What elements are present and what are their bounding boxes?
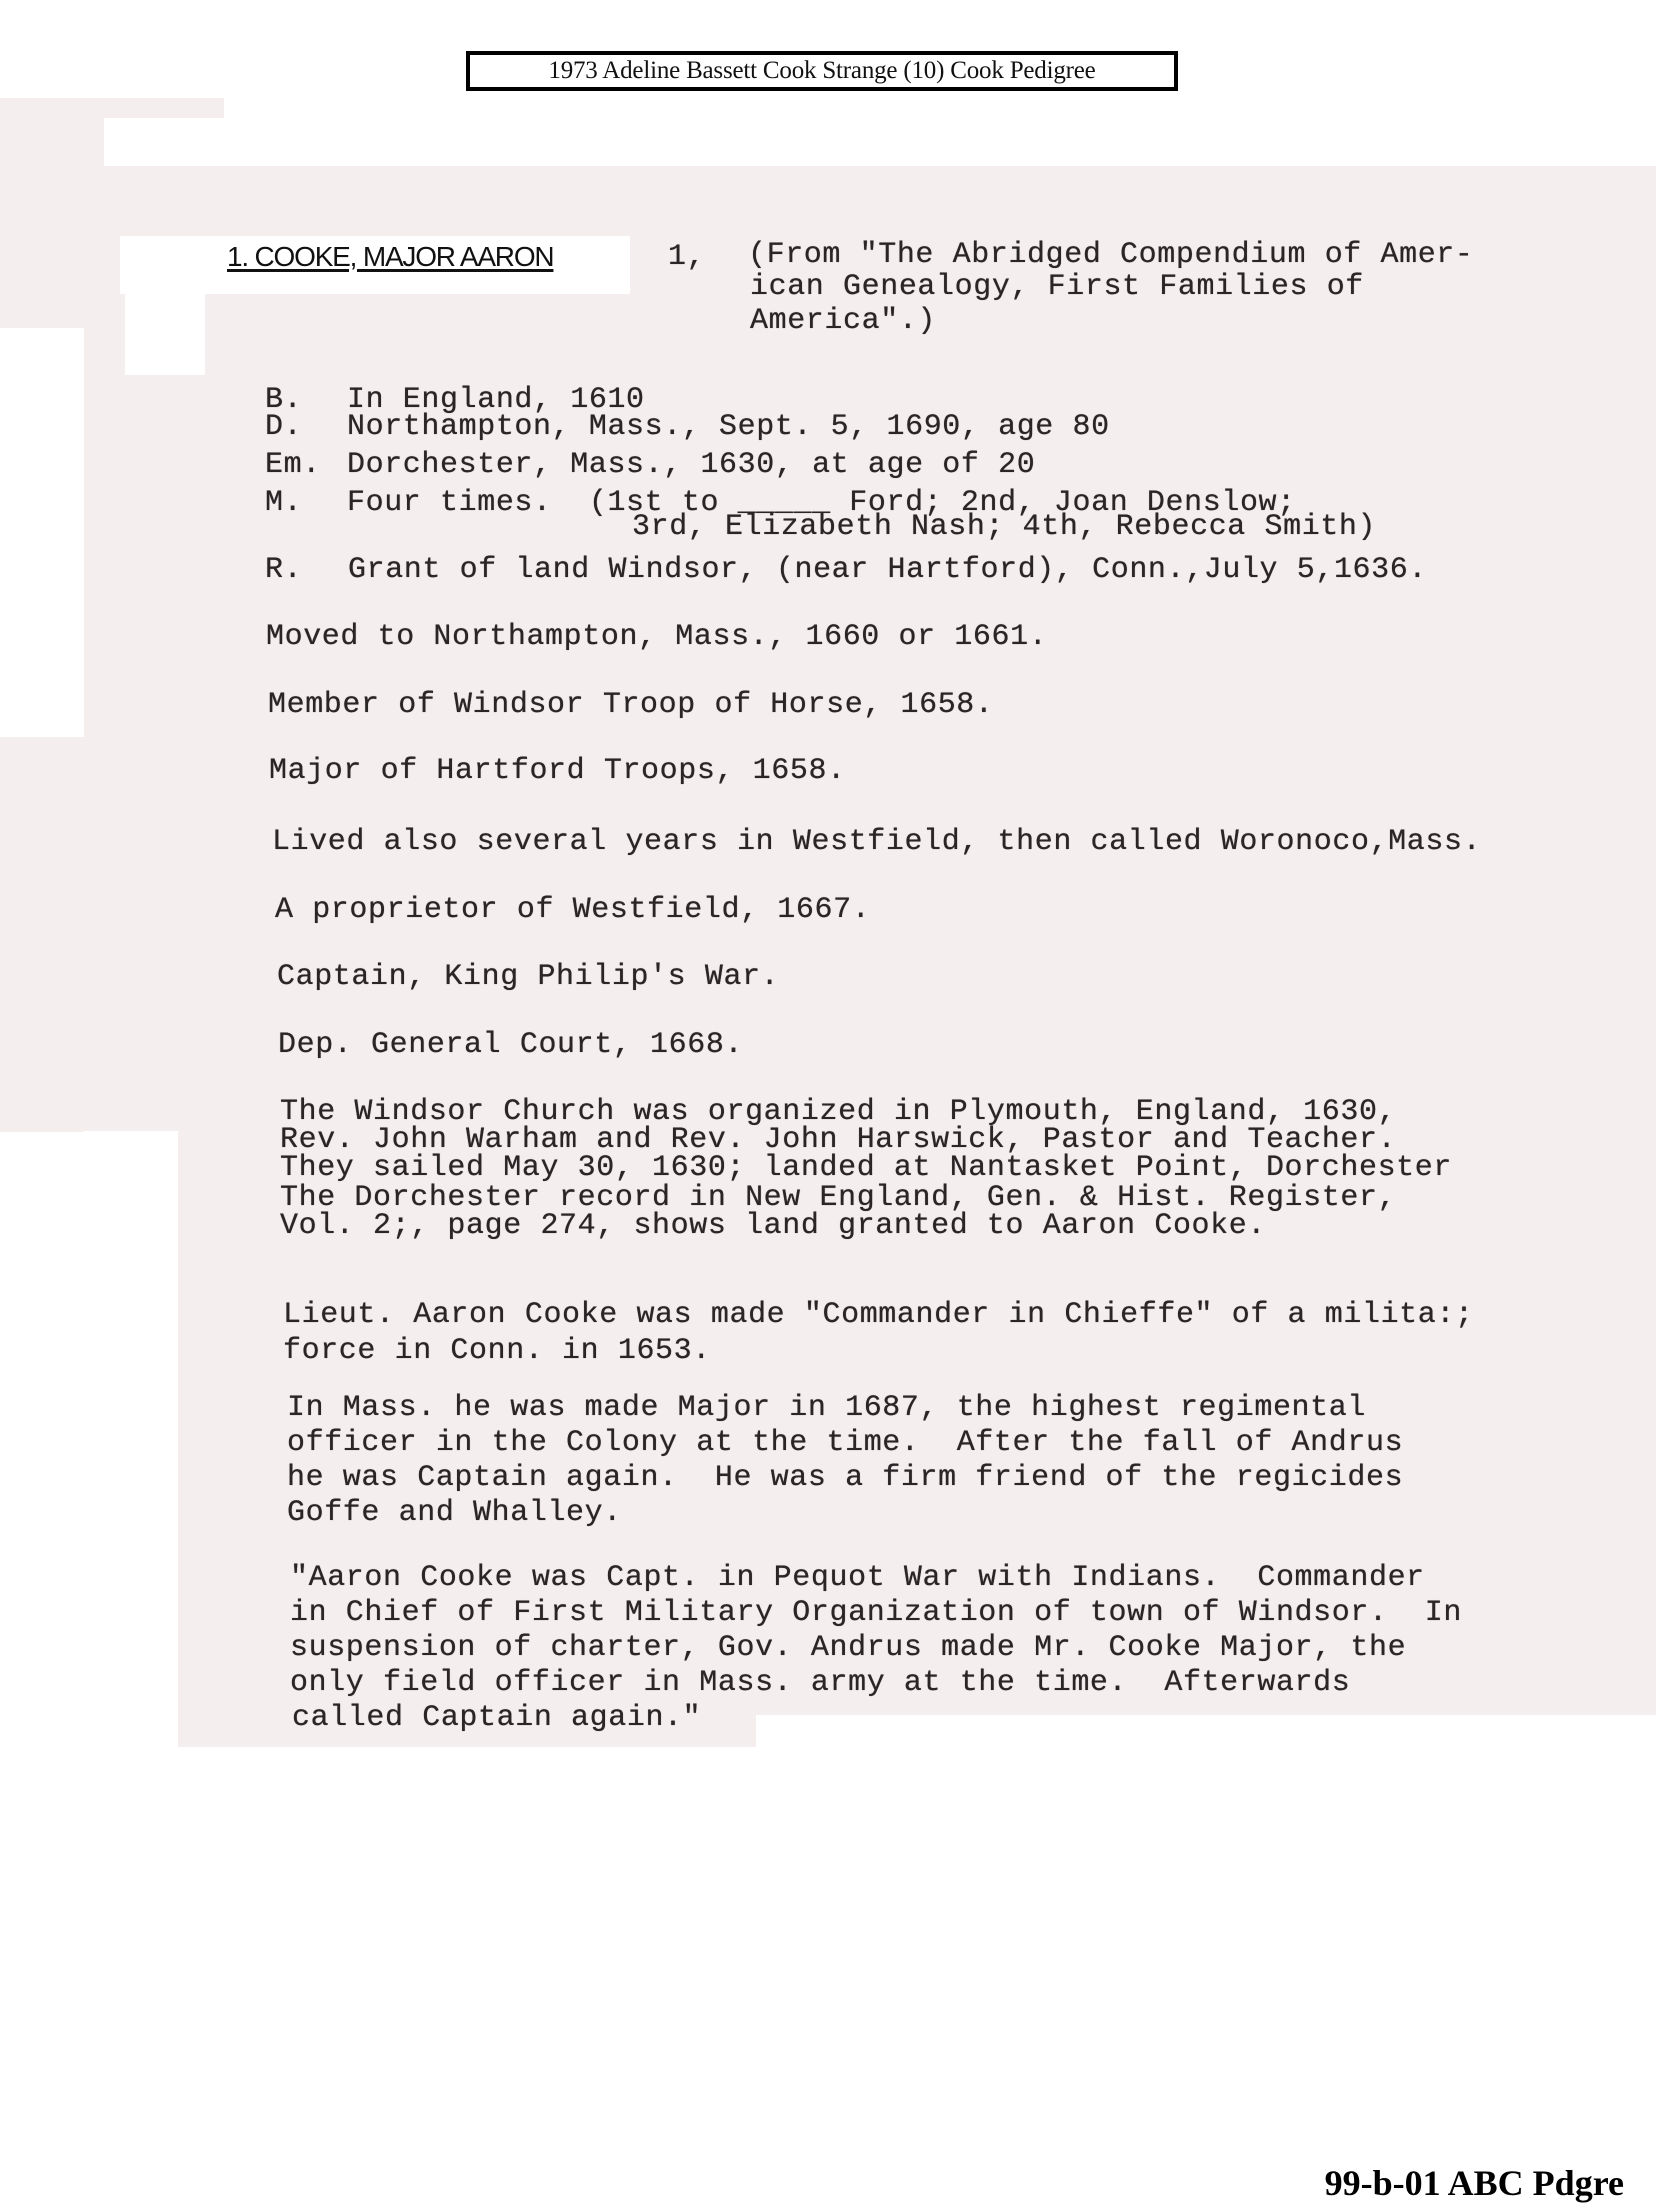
vital-emigrated: Dorchester, Mass., 1630, at age of 20 [347, 450, 1035, 480]
white-patch-left-bottom [84, 1131, 178, 1731]
paper-scan-left-mid [0, 737, 84, 1132]
paragraph-line: In Mass. he was made Major in 1687, the … [287, 1393, 1366, 1423]
paragraph-line: Lieut. Aaron Cooke was made "Commander i… [283, 1300, 1474, 1330]
paragraph-line: suspension of charter, Gov. Andrus made … [290, 1633, 1406, 1663]
paragraph-line: Goffe and Whalley. [287, 1498, 622, 1528]
vital-label-died: D. [265, 412, 302, 442]
paragraph-line: force in Conn. in 1653. [283, 1336, 711, 1366]
vital-label-married: M. [265, 488, 302, 518]
source-line: (From "The Abridged Compendium of Amer- [748, 240, 1474, 270]
entry-heading: 1. COOKE, MAJOR AARON [227, 241, 553, 273]
paragraph-line: in Chief of First Military Organization … [290, 1598, 1462, 1628]
paragraph-line: officer in the Colony at the time. After… [287, 1428, 1403, 1458]
white-patch-top [104, 118, 1656, 166]
vital-died: Northampton, Mass., Sept. 5, 1690, age 8… [347, 412, 1110, 442]
paragraph-line: he was Captain again. He was a firm frie… [287, 1463, 1403, 1493]
fact-line: Member of Windsor Troop of Horse, 1658. [268, 690, 994, 720]
vital-label-emigrated: Em. [265, 450, 321, 480]
fact-line: Major of Hartford Troops, 1658. [269, 756, 846, 786]
paragraph-line: "Aaron Cooke was Capt. in Pequot War wit… [290, 1563, 1425, 1593]
white-patch-vitals [125, 283, 205, 375]
entry-number: 1, [668, 242, 705, 272]
document-title: 1973 Adeline Bassett Cook Strange (10) C… [466, 51, 1178, 91]
vital-married-cont: 3rd, Elizabeth Nash; 4th, Rebecca Smith) [632, 512, 1376, 542]
fact-line: A proprietor of Westfield, 1667. [275, 895, 870, 925]
source-line: America".) [750, 306, 936, 336]
fact-line: Moved to Northampton, Mass., 1660 or 166… [266, 622, 1047, 652]
vital-label-resided: R. [265, 555, 302, 585]
paragraph-line: They sailed May 30, 1630; landed at Nant… [280, 1153, 1452, 1183]
paper-scan-band [0, 165, 1656, 225]
fact-line: Captain, King Philip's War. [277, 962, 779, 992]
vital-resided: Grant of land Windsor, (near Hartford), … [348, 555, 1427, 585]
paragraph-line: Vol. 2;, page 274, shows land granted to… [280, 1211, 1266, 1241]
source-line: ican Genealogy, First Families of [750, 272, 1364, 302]
fact-line: Dep. General Court, 1668. [278, 1030, 743, 1060]
footer-reference-label: 99-b-01 ABC Pdgre [1325, 2162, 1624, 2204]
paragraph-line: only field officer in Mass. army at the … [290, 1668, 1350, 1698]
paragraph-line: called Captain again." [292, 1703, 701, 1733]
fact-line: Lived also several years in Westfield, t… [272, 827, 1481, 857]
